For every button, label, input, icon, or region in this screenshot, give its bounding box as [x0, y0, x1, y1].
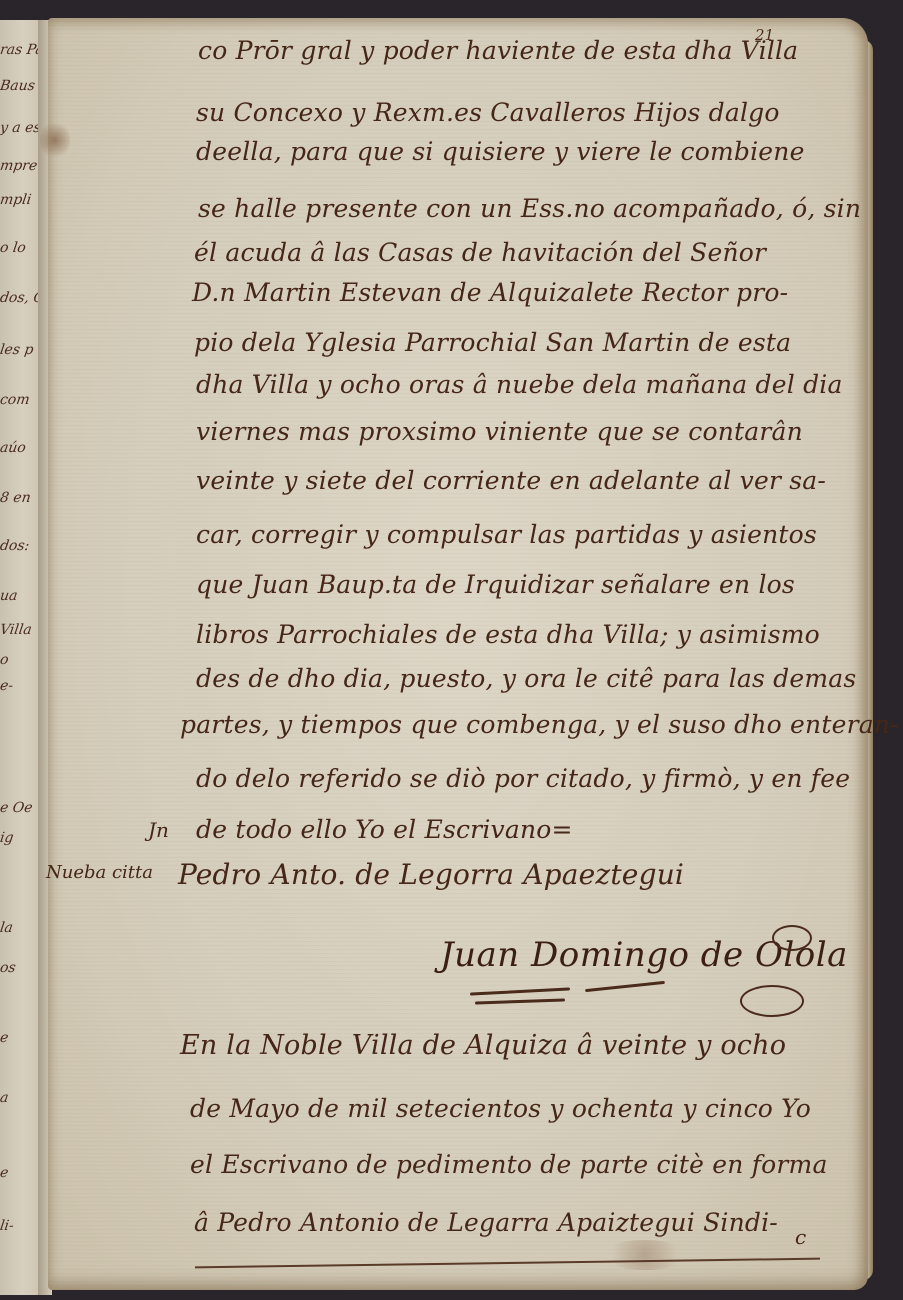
ink-stain: [40, 120, 70, 160]
prev-page-fragment: dos:: [0, 538, 30, 554]
prev-page-fragment: li-: [0, 1218, 15, 1234]
text-line: des de dho dia, puesto, y ora le citê pa…: [196, 664, 856, 693]
prev-page-fragment: dos, C: [0, 290, 39, 306]
prev-page-fragment: Baus: [0, 78, 36, 94]
text-line: dha Villa y ocho oras â nuebe dela mañan…: [196, 370, 843, 399]
margin-note: Nueba citta: [46, 862, 153, 883]
prev-page-fragment: o lo: [0, 240, 27, 256]
prev-page-fragment: mpre: [0, 158, 38, 174]
text-line: él acuda â las Casas de havitación del S…: [194, 238, 766, 267]
prev-page-fragment: e-: [0, 678, 14, 694]
prev-page-fragment: 8 en: [0, 490, 32, 506]
prev-page-fragment: com: [0, 392, 31, 408]
text-line: de Mayo de mil setecientos y ochenta y c…: [190, 1094, 811, 1123]
prev-page-fragment: e: [0, 1165, 9, 1181]
text-line: co Prōr gral y poder haviente de esta dh…: [198, 36, 798, 65]
prev-page-fragment: e Oe: [0, 800, 34, 816]
ink-stain: [600, 1240, 690, 1270]
text-line: pio dela Yglesia Parrochial San Martin d…: [194, 328, 791, 357]
prev-page-fragment: Villa: [0, 622, 33, 638]
text-line: su Concexo y Rexm.es Cavalleros Hijos da…: [196, 98, 780, 127]
text-line: el Escrivano de pedimento de parte citè …: [190, 1150, 828, 1179]
prev-page-fragment: os: [0, 960, 17, 976]
text-line: â Pedro Antonio de Legarra Apaiztegui Si…: [194, 1208, 778, 1237]
prev-page-fragment: mpli: [0, 192, 32, 208]
prev-page-fragment: la: [0, 920, 14, 936]
prev-page-fragment: ig: [0, 830, 15, 846]
text-line: deella, para que si quisiere y viere le …: [196, 137, 805, 166]
text-line: que Juan Baup.ta de Irquidizar señalare …: [196, 570, 795, 599]
text-line: veinte y siete del corriente en adelante…: [196, 466, 826, 495]
prev-page-fragment: a: [0, 1090, 9, 1106]
text-line: libros Parrochiales de esta dha Villa; y…: [196, 620, 820, 649]
text-line: do delo referido se diò por citado, y fi…: [196, 764, 850, 793]
margin-mark: Jn: [148, 818, 169, 842]
text-line: partes, y tiempos que combenga, y el sus…: [180, 710, 899, 739]
prev-page-fragment: les p: [0, 342, 34, 358]
text-line: viernes mas proxsimo viniente que se con…: [196, 417, 803, 446]
prev-page-fragment: aúo: [0, 440, 27, 456]
rubric-loop: [772, 925, 812, 951]
previous-page-edge: ras Pa Baus y a esso mpre mpli o lo dos,…: [0, 20, 39, 1295]
prev-page-fragment: ras Pa: [0, 42, 39, 58]
text-line: car, corregir y compulsar las partidas y…: [196, 520, 817, 549]
prev-page-fragment: ua: [0, 588, 18, 604]
text-line: D.n Martin Estevan de Alquizalete Rector…: [192, 278, 788, 307]
rubric-loop: [740, 985, 804, 1017]
scanned-folio: ras Pa Baus y a esso mpre mpli o lo dos,…: [0, 0, 903, 1300]
text-line: se halle presente con un Ess.no acompaña…: [198, 194, 861, 223]
prev-page-fragment: o: [0, 652, 10, 668]
text-line: En la Noble Villa de Alquiza â veinte y …: [180, 1030, 786, 1061]
prev-page-fragment: y a esso: [0, 120, 39, 136]
prev-page-fragment: e: [0, 1030, 9, 1046]
text-line-tail: c: [795, 1225, 806, 1249]
text-line: de todo ello Yo el Escrivano=: [196, 815, 573, 844]
signed-name-line: Pedro Anto. de Legorra Apaeztegui: [178, 858, 684, 891]
